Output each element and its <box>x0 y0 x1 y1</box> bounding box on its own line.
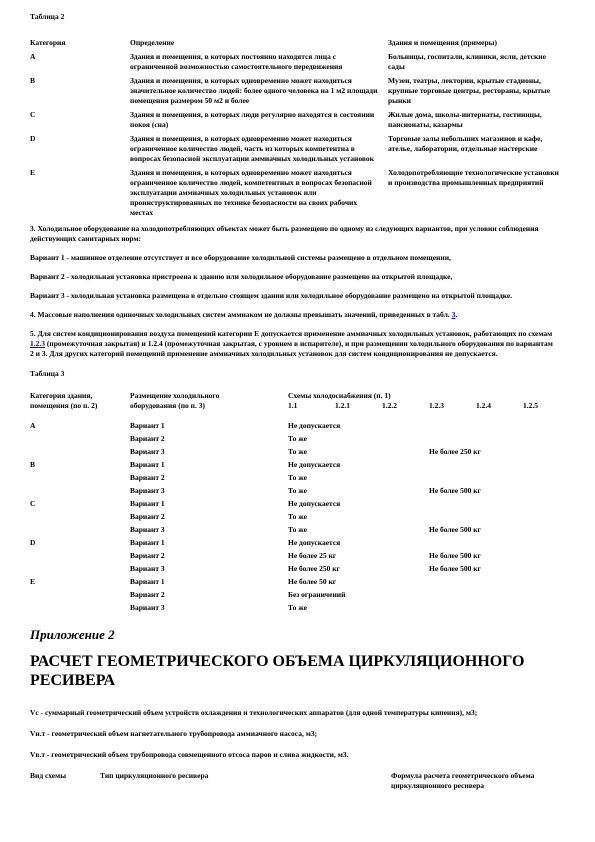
table-row: A Вариант 1 Не допускается <box>30 421 570 431</box>
scheme-column-label: 1.2.1 <box>335 401 382 411</box>
table-row: B Здания и помещения, в которых одноврем… <box>30 76 570 106</box>
table2-header-examples: Здания и помещения (примеры) <box>388 38 570 48</box>
table3-label: Таблица 3 <box>30 369 570 379</box>
table-row: Вариант 3 То же <box>30 603 570 613</box>
category-cell <box>30 551 130 561</box>
category-cell <box>30 486 130 496</box>
table-row: D Вариант 1 Не допускается <box>30 538 570 548</box>
category-cell: E <box>30 168 130 218</box>
category-cell <box>30 564 130 574</box>
table3-header-row: Категория здания, помещения (по п. 2) Ра… <box>30 391 570 411</box>
paragraph-5-text: 5. Для систем кондиционирования воздуха … <box>30 329 552 338</box>
variant-cell: Вариант 1 <box>130 499 288 509</box>
value-cell: То же <box>288 486 429 496</box>
category-cell <box>30 603 130 613</box>
examples-cell: Жилые дома, школы-интернаты, гостиницы, … <box>388 110 570 130</box>
value-cell: То же <box>288 512 429 522</box>
paragraph-3: 3. Холодильное оборудование на холодопот… <box>30 224 555 244</box>
examples-cell: Музеи, театры, лектории, крытые стадионы… <box>388 76 570 106</box>
variant-cell: Вариант 1 <box>130 577 288 587</box>
variant-cell: Вариант 3 <box>130 564 288 574</box>
variant-cell: Вариант 3 <box>130 603 288 613</box>
header-formula: Формула расчета геометрического объема ц… <box>391 771 570 791</box>
table3-header-category: Категория здания, помещения (по п. 2) <box>30 391 118 411</box>
definition-cell: Здания и помещения, в которых одновремен… <box>130 76 388 106</box>
variant-cell: Вариант 2 <box>130 551 288 561</box>
variant-cell: Вариант 3 <box>130 486 288 496</box>
table-row: Вариант 2 Не более 25 кг Не более 500 кг <box>30 551 570 561</box>
category-cell <box>30 473 130 483</box>
receiver-table-header-row: Вид схемы Тип циркуляционного ресивера Ф… <box>30 771 570 791</box>
value-cell: Не более 250 кг <box>288 564 429 574</box>
value-cell: То же <box>288 473 429 483</box>
scheme-column-label: 1.2.3 <box>429 401 476 411</box>
value-cell: То же <box>288 603 429 613</box>
category-cell: E <box>30 577 130 587</box>
value-cell: Не допускается <box>288 421 429 431</box>
value-cell: То же <box>288 447 429 457</box>
table-row: C Вариант 1 Не допускается <box>30 499 570 509</box>
paragraph-5-text-after: (промежуточная закрытая) и 1.2.4 (промеж… <box>30 339 553 358</box>
value-cell-123 <box>429 473 570 483</box>
variant-cell: Вариант 3 <box>130 447 288 457</box>
paragraph-variant-2: Вариант 2 - холодильная установка пристр… <box>30 272 555 282</box>
value-cell-123 <box>429 577 570 587</box>
table-row: B Вариант 1 Не допускается <box>30 460 570 470</box>
definition-cell: Здания и помещения, в которых постоянно … <box>130 52 388 72</box>
value-cell-123: Не более 500 кг <box>429 486 570 496</box>
paragraph-4: 4. Массовые наполнения одиночных холодил… <box>30 310 555 320</box>
value-cell-123 <box>429 590 570 600</box>
value-cell: Не допускается <box>288 460 429 470</box>
variant-cell: Вариант 3 <box>130 525 288 535</box>
table2-header-category: Категория <box>30 38 130 48</box>
category-cell <box>30 525 130 535</box>
paragraph-4-text: 4. Массовые наполнения одиночных холодил… <box>30 310 452 319</box>
scheme-column-label: 1.2.2 <box>382 401 429 411</box>
examples-cell: Больницы, госпитали, клиники, ясли, детс… <box>388 52 570 72</box>
paragraph-variant-1: Вариант 1 - машинное отделение отсутству… <box>30 253 555 263</box>
appendix-title: РАСЧЕТ ГЕОМЕТРИЧЕСКОГО ОБЪЕМА ЦИРКУЛЯЦИО… <box>30 652 530 690</box>
appendix-label: Приложение 2 <box>30 627 570 642</box>
table-row: E Здания и помещения, в которых одноврем… <box>30 168 570 218</box>
category-cell <box>30 434 130 444</box>
table-row: C Здания и помещения, в которых люди рег… <box>30 110 570 130</box>
value-cell-123: Не более 500 кг <box>429 564 570 574</box>
definition-vnt: Vн.т - геометрический объем нагнетательн… <box>30 729 555 739</box>
value-cell-123 <box>429 512 570 522</box>
table3-header-schemes: Схемы холодоснабжения (п. 1) 1.1 1.2.1 1… <box>288 391 570 411</box>
category-cell <box>30 447 130 457</box>
scheme-column-label: 1.1 <box>288 401 335 411</box>
scheme-column-label: 1.2.5 <box>523 401 570 411</box>
scheme-123-ref-link[interactable]: 1.2.3 <box>30 339 45 348</box>
examples-cell: Торговые залы небольших магазинов и кафе… <box>388 134 570 164</box>
value-cell-123 <box>429 499 570 509</box>
definition-vc: Vс - суммарный геометрический объем устр… <box>30 708 555 718</box>
paragraph-variant-3: Вариант 3 - холодильная установка размещ… <box>30 291 555 301</box>
variant-cell: Вариант 2 <box>130 590 288 600</box>
table-row: Вариант 2 Без ограничений <box>30 590 570 600</box>
table-row: Вариант 3 То же Не более 500 кг <box>30 486 570 496</box>
table-row: Вариант 2 То же <box>30 512 570 522</box>
value-cell: Не допускается <box>288 499 429 509</box>
value-cell-123 <box>429 460 570 470</box>
table-row: Вариант 3 Не более 250 кг Не более 500 к… <box>30 564 570 574</box>
value-cell-123 <box>429 434 570 444</box>
value-cell-123: Не более 250 кг <box>429 447 570 457</box>
value-cell: То же <box>288 434 429 444</box>
table-row: Вариант 2 То же <box>30 434 570 444</box>
scheme-columns-row: 1.1 1.2.1 1.2.2 1.2.3 1.2.4 1.2.5 <box>288 401 570 411</box>
variant-cell: Вариант 2 <box>130 473 288 483</box>
definition-cell: Здания и помещения, в которых одновремен… <box>130 168 388 218</box>
value-cell-123 <box>429 603 570 613</box>
category-cell: D <box>30 538 130 548</box>
category-cell: C <box>30 110 130 130</box>
value-cell: Не допускается <box>288 538 429 548</box>
schemes-label: Схемы холодоснабжения (п. 1) <box>288 391 570 401</box>
definition-vvt: Vв.т - геометрический объем трубопровода… <box>30 750 555 760</box>
category-cell: B <box>30 76 130 106</box>
variant-cell: Вариант 1 <box>130 538 288 548</box>
value-cell-123: Не более 500 кг <box>429 551 570 561</box>
variant-cell: Вариант 2 <box>130 434 288 444</box>
category-cell: A <box>30 52 130 72</box>
table-row: D Здания и помещения, в которых одноврем… <box>30 134 570 164</box>
table2-label: Таблица 2 <box>30 12 570 22</box>
category-cell: A <box>30 421 130 431</box>
category-cell <box>30 512 130 522</box>
table-row: Вариант 2 То же <box>30 473 570 483</box>
category-cell: D <box>30 134 130 164</box>
value-cell: Не более 25 кг <box>288 551 429 561</box>
value-cell-123: Не более 500 кг <box>429 525 570 535</box>
header-scheme-type: Вид схемы <box>30 771 100 791</box>
paragraph-5: 5. Для систем кондиционирования воздуха … <box>30 329 555 359</box>
value-cell: То же <box>288 525 429 535</box>
table3-header-placement: Размещение холодильного оборудования (по… <box>130 391 248 411</box>
scheme-column-label: 1.2.4 <box>476 401 523 411</box>
table-row: A Здания и помещения, в которых постоянн… <box>30 52 570 72</box>
variant-cell: Вариант 2 <box>130 512 288 522</box>
table2-header-definition: Определение <box>130 38 388 48</box>
document-page: Таблица 2 Категория Определение Здания и… <box>0 0 595 842</box>
value-cell-123 <box>429 421 570 431</box>
table-row: Вариант 3 То же Не более 250 кг <box>30 447 570 457</box>
value-cell: Не более 50 кг <box>288 577 429 587</box>
category-cell: C <box>30 499 130 509</box>
examples-cell: Холодопотребляющие технологические устан… <box>388 168 570 218</box>
paragraph-4-period: . <box>455 310 457 319</box>
header-receiver-type: Тип циркуляционного ресивера <box>100 771 391 791</box>
value-cell-123 <box>429 538 570 548</box>
category-cell <box>30 590 130 600</box>
table-row: E Вариант 1 Не более 50 кг <box>30 577 570 587</box>
value-cell: Без ограничений <box>288 590 429 600</box>
definition-cell: Здания и помещения, в которых одновремен… <box>130 134 388 164</box>
table-row: Вариант 3 То же Не более 500 кг <box>30 525 570 535</box>
definition-cell: Здания и помещения, в которых люди регул… <box>130 110 388 130</box>
variant-cell: Вариант 1 <box>130 421 288 431</box>
variant-cell: Вариант 1 <box>130 460 288 470</box>
table2-header-row: Категория Определение Здания и помещения… <box>30 38 570 48</box>
category-cell: B <box>30 460 130 470</box>
